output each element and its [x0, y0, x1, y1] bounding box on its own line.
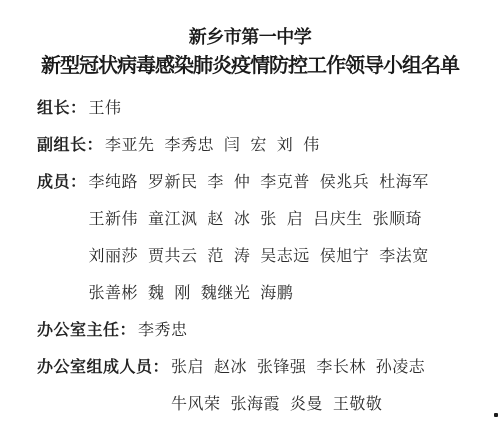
role-label-leader: 组长：	[37, 90, 87, 127]
name-line: 刘丽莎 贾共云 范 涛 吴志远 侯旭宁 李法宽	[89, 238, 429, 275]
name-line: 李秀忠	[138, 312, 188, 349]
roster-row-deputy-leaders: 副组长： 李亚先 李秀忠 闫 宏 刘 伟	[37, 127, 500, 164]
role-label-deputy-leaders: 副组长：	[37, 127, 103, 164]
document-title: 新型冠状病毒感染肺炎疫情防控工作领导小组名单	[0, 53, 500, 80]
name-lines: 李秀忠	[138, 312, 188, 349]
name-lines: 李亚先 李秀忠 闫 宏 刘 伟	[105, 127, 320, 164]
name-lines: 李纯路 罗新民 李 仲 李克普 侯兆兵 杜海军 王新伟 童江沨 赵 冰 张 启 …	[89, 164, 429, 312]
role-label-members: 成员：	[37, 164, 87, 201]
name-lines: 王伟	[89, 90, 122, 127]
name-lines: 张启 赵冰 张锋强 李长林 孙凌志 牛风荣 张海霞 炎曼 王敬敬	[171, 349, 425, 423]
roster-row-members: 成员： 李纯路 罗新民 李 仲 李克普 侯兆兵 杜海军 王新伟 童江沨 赵 冰 …	[37, 164, 500, 312]
school-name-title: 新乡市第一中学	[0, 25, 500, 49]
name-line: 张启 赵冰 张锋强 李长林 孙凌志	[171, 349, 425, 386]
name-line: 王新伟 童江沨 赵 冰 张 启 吕庆生 张顺琦	[89, 201, 429, 238]
roster-row-office-staff: 办公室组成人员： 张启 赵冰 张锋强 李长林 孙凌志 牛风荣 张海霞 炎曼 王敬…	[37, 349, 500, 423]
name-line: 牛风荣 张海霞 炎曼 王敬敬	[171, 386, 425, 423]
roster-row-office-director: 办公室主任： 李秀忠	[37, 312, 500, 349]
role-label-office-director: 办公室主任：	[37, 312, 136, 349]
ink-speck-artifact	[494, 413, 498, 417]
document-page: 新乡市第一中学 新型冠状病毒感染肺炎疫情防控工作领导小组名单 组长： 王伟 副组…	[0, 0, 500, 424]
name-line: 李亚先 李秀忠 闫 宏 刘 伟	[105, 127, 320, 164]
roster-list: 组长： 王伟 副组长： 李亚先 李秀忠 闫 宏 刘 伟 成员： 李纯路 罗新民 …	[0, 90, 500, 423]
document-header: 新乡市第一中学 新型冠状病毒感染肺炎疫情防控工作领导小组名单	[0, 0, 500, 80]
name-line: 王伟	[89, 90, 122, 127]
name-line: 张善彬 魏 刚 魏继光 海鹏	[89, 275, 429, 312]
roster-row-leader: 组长： 王伟	[37, 90, 500, 127]
name-line: 李纯路 罗新民 李 仲 李克普 侯兆兵 杜海军	[89, 164, 429, 201]
role-label-office-staff: 办公室组成人员：	[37, 349, 169, 386]
